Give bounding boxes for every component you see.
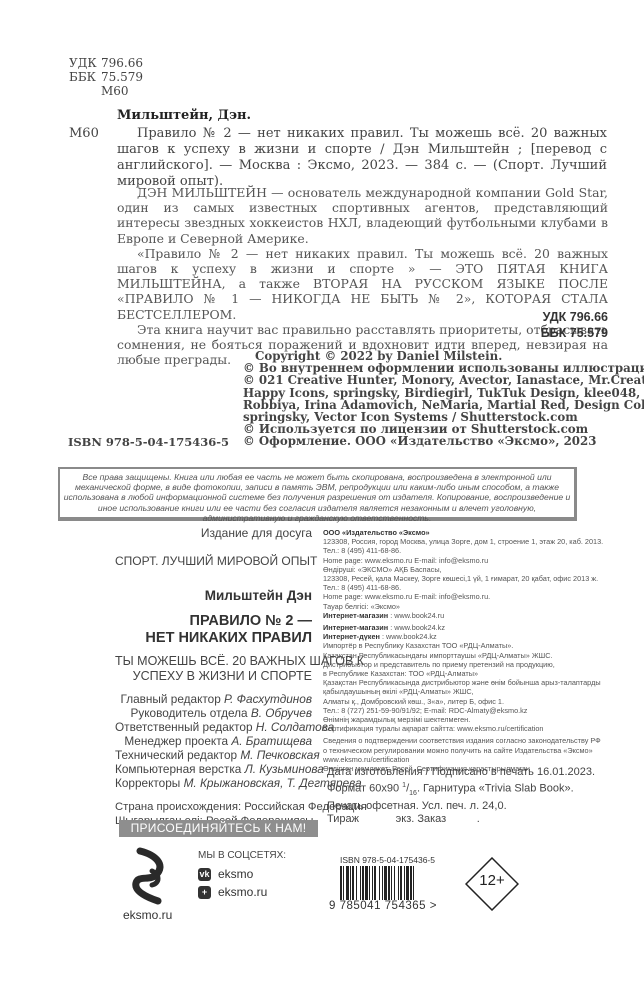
publisher-line: Тел.: 8 (727) 251-59-90/91/92; E-mail: R…: [323, 706, 613, 715]
udk-label: УДК: [69, 56, 101, 70]
bbk-value: 75.579: [101, 70, 143, 84]
social-title: МЫ В СОЦСЕТЯХ:: [198, 850, 286, 861]
entry-author: Мильштейн, Дэн.: [117, 108, 251, 124]
publisher-line: 123308, Ресей, қала Мәскеу, Зорге көшесі…: [323, 574, 613, 583]
social-link-vk[interactable]: vk eksmo: [198, 867, 253, 881]
barcode-digits: 9 785041 754365 >: [329, 900, 437, 912]
rights-notice: Все права защищены. Книга или любая ее ч…: [58, 467, 577, 521]
staff-line: Корректоры М. Крыжановская, Т. Дегтярева: [115, 776, 312, 790]
print-format: Формат 60х90 1/16. Гарнитура «Trivia Sla…: [327, 779, 595, 800]
publisher-line: қабылдаушының өкілі «РДЦ-Алматы» ЖШС,: [323, 687, 613, 696]
print-date: Дата изготовления / Подписано в печать 1…: [327, 766, 595, 779]
eksmo-site-label: eksmo.ru: [123, 908, 172, 922]
book-title: ПРАВИЛО № 2 — НЕТ НИКАКИХ ПРАВИЛ: [115, 613, 312, 647]
barcode-icon: [340, 866, 440, 900]
copyright-line: © 021 Creative Hunter, Monory, Avector, …: [243, 374, 613, 386]
publisher-line: Тел.: 8 (495) 411-68-86.: [323, 583, 613, 592]
publisher-line: Сведения о подтверждении соответствия из…: [323, 736, 613, 745]
publisher-line: Сертификация туралы ақпарат сайтта: www.…: [323, 724, 613, 733]
annotation: ДЭН МИЛЬШТЕЙН — основатель международной…: [117, 185, 608, 367]
bbk-code: ББК 75.579: [541, 325, 608, 341]
bbk-label: ББК: [69, 70, 101, 84]
publisher-line: Қазақстан Республикасында дистрибьютор ж…: [323, 678, 613, 687]
staff-line: Компьютерная верстка Л. Кузьминова: [115, 762, 312, 776]
print-type: Печать офсетная. Усл. печ. л. 24,0.: [327, 800, 595, 813]
imprint-left: Издание для досуга СПОРТ. ЛУЧШИЙ МИРОВОЙ…: [115, 526, 312, 828]
entry-description: Правило № 2 — нет никаких правил. Ты мож…: [117, 126, 607, 190]
publisher-line: Алматы қ., Домбровский көш., 3«а», литер…: [323, 697, 613, 706]
staff-line: Ответственный редактор Н. Солдатова: [115, 720, 312, 734]
barcode-isbn: ISBN 978-5-04-175436-5: [340, 855, 435, 865]
publisher-line: в Республике Казахстан: ТОО «РДЦ-Алматы»: [323, 669, 613, 678]
print-run: Тираж экз. Заказ .: [327, 813, 595, 826]
publisher-line: Дистрибьютор и представитель по приему п…: [323, 660, 613, 669]
publisher-info: ООО «Издательство «Эксмо»123308, Россия,…: [323, 528, 613, 773]
catalog-codes: УДК796.66 ББК75.579 М60: [69, 56, 143, 98]
udk-value: 796.66: [101, 56, 143, 70]
print-info: Дата изготовления / Подписано в печать 1…: [327, 766, 595, 826]
isbn: ISBN 978-5-04-175436-5: [68, 435, 229, 449]
publisher-line: о техническом регулировании можно получи…: [323, 746, 613, 755]
publisher-line: Интернет-магазин : www.book24.kz: [323, 623, 613, 632]
leisure-edition: Издание для досуга: [115, 526, 312, 540]
staff-line: Главный редактор Р. Фасхутдинов: [115, 692, 312, 706]
copyright-block: Copyright © 2022 by Daniel Milstein. © В…: [243, 350, 613, 448]
publisher-line: Интернет-магазин : www.book24.ru: [323, 611, 613, 620]
publisher-line: Өндіруші: «ЭКСМО» АҚБ Баспасы,: [323, 565, 613, 574]
publisher-line: ООО «Издательство «Эксмо»: [323, 528, 613, 537]
imprint-author: Мильштейн Дэн: [115, 588, 312, 603]
publisher-line: 123308, Россия, город Москва, улица Зорг…: [323, 537, 613, 546]
copyright-line: © Оформление. ООО «Издательство «Эксмо»,…: [243, 435, 613, 447]
publisher-line: Тауар белгісі: «Эксмо»: [323, 602, 613, 611]
staff-line: Руководитель отдела В. Обручев: [115, 706, 312, 720]
copyright-line: Happy Icons, springsky, Birdiegirl, TukT…: [243, 387, 613, 399]
annotation-paragraph: ДЭН МИЛЬШТЕЙН — основатель международной…: [117, 185, 608, 246]
book-subtitle: ТЫ МОЖЕШЬ ВСЁ. 20 ВАЖНЫХ ШАГОВ К УСПЕХУ …: [115, 654, 312, 684]
publisher-line: Өнімнің жарамдылық мерзімі шектелмеген.: [323, 715, 613, 724]
eksmo-logo-icon: [126, 845, 176, 905]
publisher-line: Қазақстан Республикасындағы импорттаушы …: [323, 651, 613, 660]
age-rating: 12+: [465, 872, 519, 889]
udk-code: УДК 796.66: [541, 309, 608, 325]
classification-block: УДК 796.66 ББК 75.579: [541, 309, 608, 341]
social-link-site[interactable]: + eksmo.ru: [198, 885, 267, 899]
series-name: СПОРТ. ЛУЧШИЙ МИРОВОЙ ОПЫТ: [115, 554, 312, 568]
vk-icon: vk: [198, 868, 211, 881]
publisher-line: www.eksmo.ru/certification: [323, 755, 613, 764]
publisher-line: Home page: www.eksmo.ru E-mail: info@eks…: [323, 556, 613, 565]
join-us-banner: ПРИСОЕДИНЯЙТЕСЬ К НАМ!: [119, 820, 318, 837]
staff-line: Технический редактор М. Печковская: [115, 748, 312, 762]
publisher-line: Home page: www.eksmo.ru E-mail: info@eks…: [323, 592, 613, 601]
staff-list: Главный редактор Р. ФасхутдиновРуководит…: [115, 692, 312, 790]
entry-mark: М60: [69, 126, 99, 142]
annotation-paragraph: «Правило № 2 — нет никаких правил. Ты мо…: [117, 246, 608, 322]
publisher-line: Тел.: 8 (495) 411-68-86.: [323, 546, 613, 555]
staff-line: Менеджер проекта А. Братищева: [115, 734, 312, 748]
publisher-line: Интернет-дүкен : www.book24.kz: [323, 632, 613, 641]
publisher-line: Импортёр в Республику Казахстан ТОО «РДЦ…: [323, 641, 613, 650]
plus-icon: +: [198, 886, 211, 899]
author-mark: М60: [101, 84, 129, 98]
